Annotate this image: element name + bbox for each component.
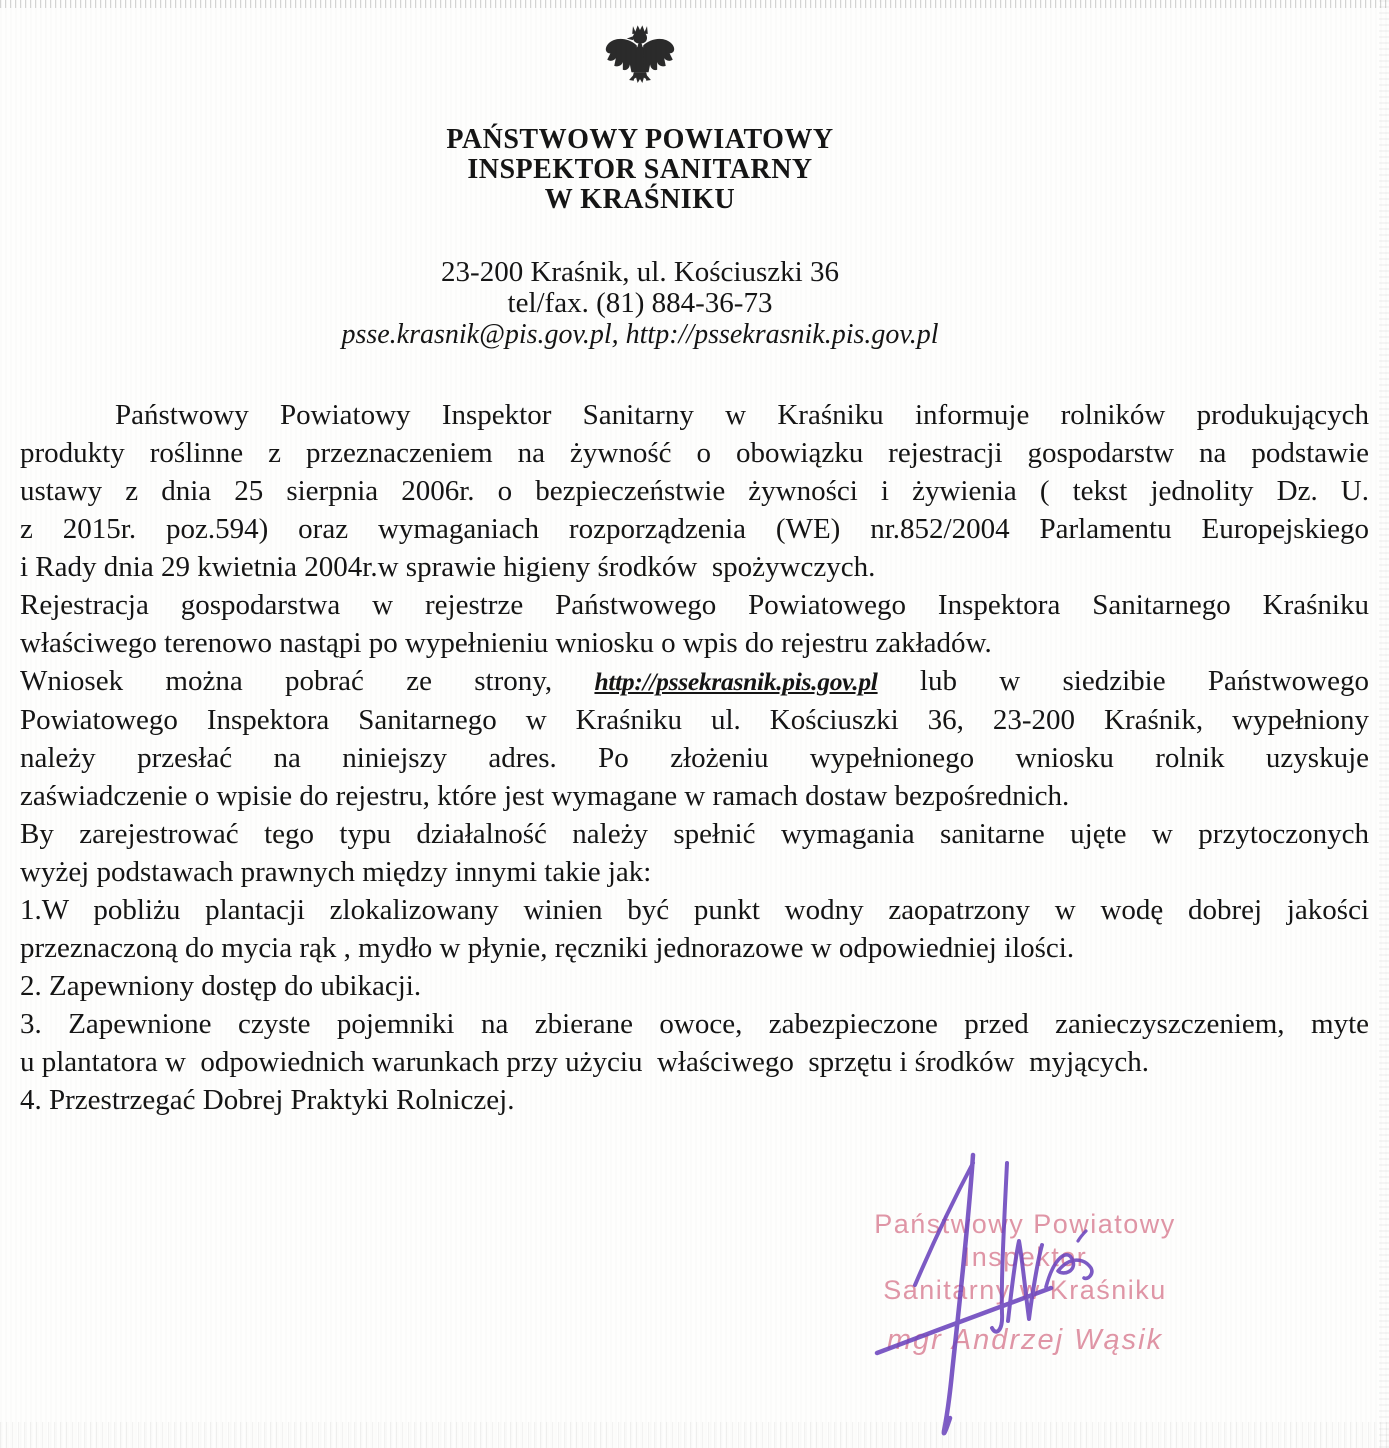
body-line: wyżej podstawach prawnych między innymi … xyxy=(20,853,1369,891)
body-line: 4. Przestrzegać Dobrej Praktyki Rolnicze… xyxy=(20,1081,1369,1119)
body-line: Wniosek można pobrać ze strony, http://p… xyxy=(20,662,1369,701)
printed-url: http://pssekrasnik.pis.gov.pl xyxy=(594,667,877,696)
body-line: 3. Zapewnione czyste pojemniki na zbiera… xyxy=(20,1005,1369,1043)
stamp-title-line1: Państwowy Powiatowy Inspektor xyxy=(810,1208,1240,1274)
official-stamp: Państwowy Powiatowy Inspektor Sanitarny … xyxy=(810,1208,1240,1357)
letterhead: PAŃSTWOWY POWIATOWY INSPEKTOR SANITARNY … xyxy=(0,12,1280,350)
body-text: Państwowy Powiatowy Inspektor Sanitarny … xyxy=(0,396,1389,1119)
org-name-line3: W KRAŚNIKU xyxy=(0,185,1280,215)
body-line: u plantatora w odpowiednich warunkach pr… xyxy=(20,1043,1369,1081)
scanned-letter-page: PAŃSTWOWY POWIATOWY INSPEKTOR SANITARNY … xyxy=(0,0,1389,1448)
address-line: 23-200 Kraśnik, ul. Kościuszki 36 xyxy=(0,257,1280,288)
scan-artifact-bottom xyxy=(0,1422,1389,1448)
phone-line: tel/fax. (81) 884-36-73 xyxy=(0,288,1280,319)
body-line: właściwego terenowo nastąpi po wypełnien… xyxy=(20,624,1369,662)
stamp-signer-name: mgr Andrzej Wąsik xyxy=(810,1324,1240,1357)
email-web-line: psse.krasnik@pis.gov.pl, http://pssekras… xyxy=(0,319,1280,350)
body-line: przeznaczoną do mycia rąk , mydło w płyn… xyxy=(20,929,1369,967)
body-line-text: Wniosek można pobrać ze strony, xyxy=(20,665,594,697)
org-name-line1: PAŃSTWOWY POWIATOWY xyxy=(0,125,1280,155)
body-line: zaświadczenie o wpisie do rejestru, któr… xyxy=(20,777,1369,815)
body-line: należy przesłać na niniejszy adres. Po z… xyxy=(20,739,1369,777)
body-line: Państwowy Powiatowy Inspektor Sanitarny … xyxy=(20,396,1369,434)
body-line: By zarejestrować tego typu działalność n… xyxy=(20,815,1369,853)
body-line: Rejestracja gospodarstwa w rejestrze Pań… xyxy=(20,586,1369,624)
polish-eagle-emblem xyxy=(0,12,1280,117)
contact-block: 23-200 Kraśnik, ul. Kościuszki 36 tel/fa… xyxy=(0,257,1280,350)
body-line: i Rady dnia 29 kwietnia 2004r.w sprawie … xyxy=(20,548,1369,586)
stamp-title-line2: Sanitarny w Kraśniku xyxy=(810,1274,1240,1307)
body-line: ustawy z dnia 25 sierpnia 2006r. o bezpi… xyxy=(20,472,1369,510)
body-line: 2. Zapewniony dostęp do ubikacji. xyxy=(20,967,1369,1005)
body-line: produkty roślinne z przeznaczeniem na ży… xyxy=(20,434,1369,472)
body-line-text: lub w siedzibie Państwowego xyxy=(878,665,1369,697)
handwritten-signature xyxy=(855,1135,1125,1448)
body-line: Powiatowego Inspektora Sanitarnego w Kra… xyxy=(20,701,1369,739)
org-name-line2: INSPEKTOR SANITARNY xyxy=(0,155,1280,185)
scan-artifact-top xyxy=(0,0,1389,8)
body-line: 1.W pobliżu plantacji zlokalizowany wini… xyxy=(20,891,1369,929)
org-name: PAŃSTWOWY POWIATOWY INSPEKTOR SANITARNY … xyxy=(0,125,1280,215)
body-line: z 2015r. poz.594) oraz wymaganiach rozpo… xyxy=(20,510,1369,548)
